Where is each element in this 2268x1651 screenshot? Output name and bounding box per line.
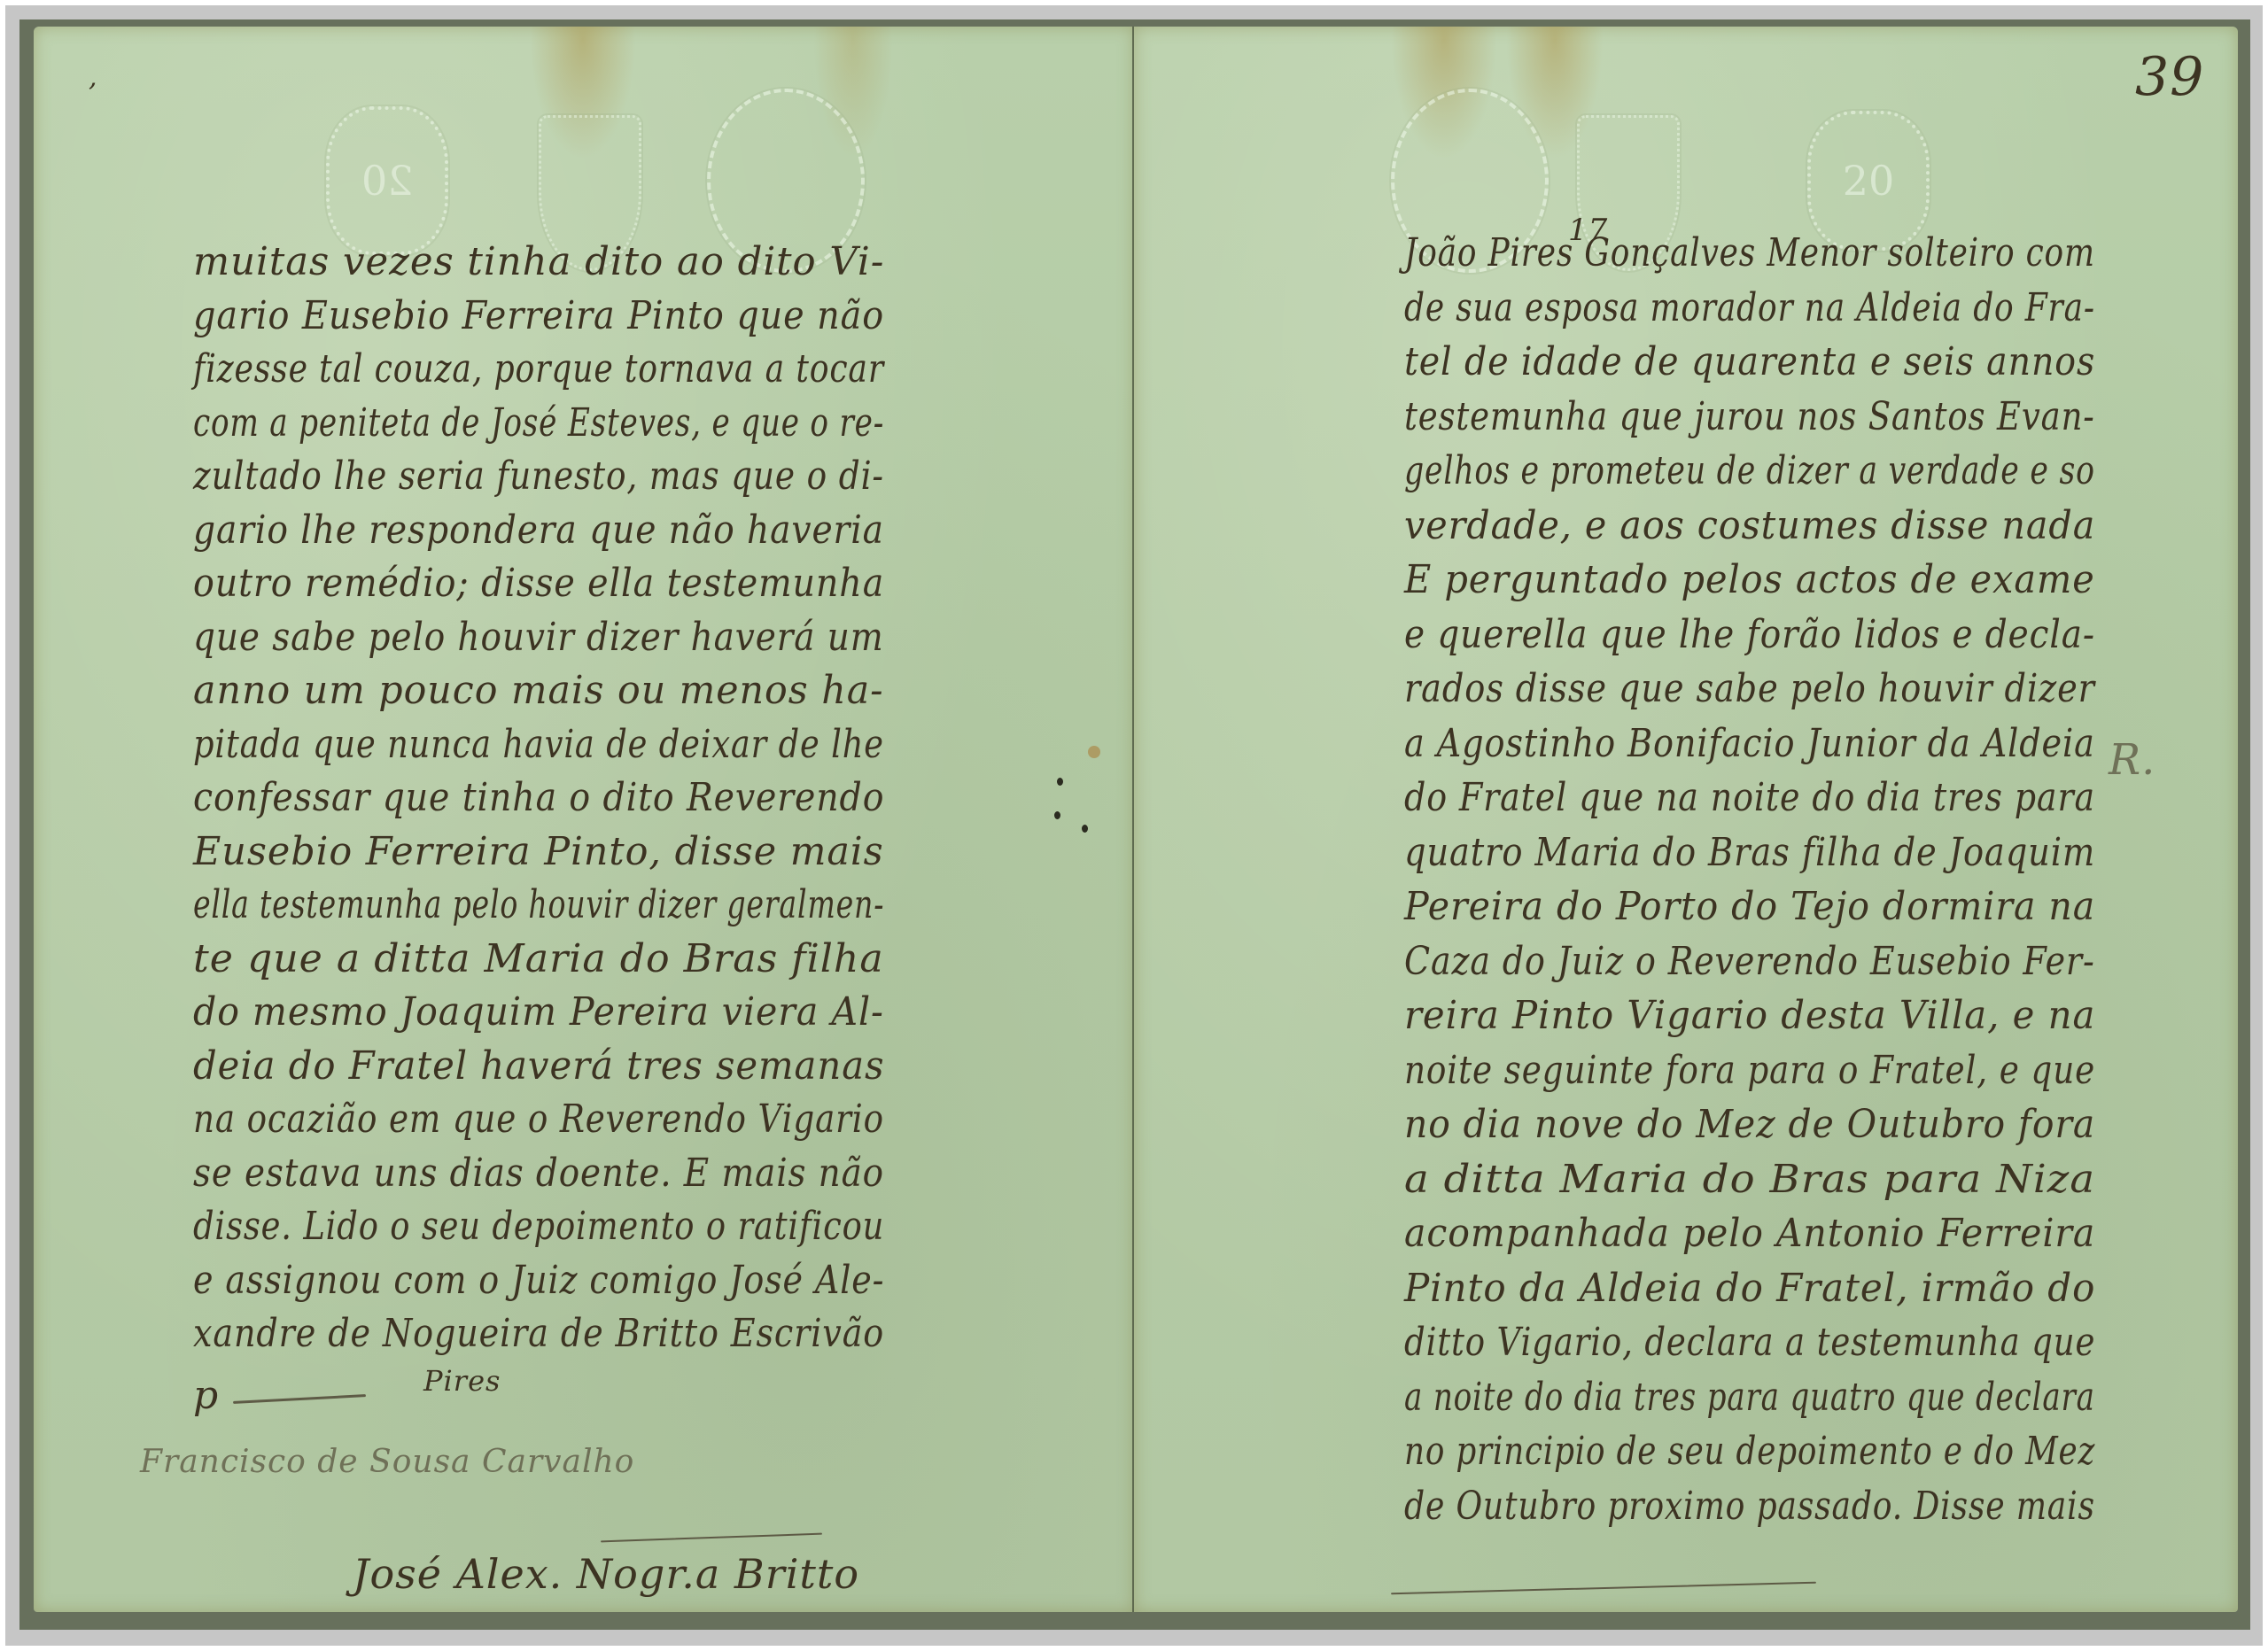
signature-mark-pires: Pires — [423, 1364, 501, 1398]
handwritten-line: do mesmo Joaquim Pereira viera Al- — [193, 989, 884, 1035]
margin-note: R. — [2109, 735, 2155, 785]
handwritten-line: disse. Lido o seu depoimento o ratificou — [193, 1204, 884, 1249]
scribe-signature: José Alex. Nogr.a Britto — [353, 1550, 859, 1598]
handwritten-line: tel de idade de quarenta e seis annos — [1404, 339, 2095, 384]
handwritten-line: gario lhe respondera que não haveria — [193, 508, 884, 553]
handwritten-line: zultado lhe seria funesto, mas que o di- — [193, 453, 884, 499]
handwritten-line: xandre de Nogueira de Britto Escrivão — [193, 1311, 884, 1356]
binding-hole — [1082, 825, 1088, 833]
signature-flourish — [233, 1394, 366, 1404]
handwritten-line: ditto Vigario, declara a testemunha que — [1404, 1320, 2095, 1365]
handwritten-line: rados disse que sabe pelo houvir dizer — [1404, 666, 2095, 711]
handwritten-line: verdade, e aos costumes disse nada — [1404, 503, 2095, 548]
handwritten-line: com a peniteta de José Esteves, e que o … — [193, 400, 884, 446]
handwritten-line: de Outubro proximo passado. Disse mais — [1404, 1484, 2095, 1529]
handwritten-line: outro remédio; disse ella testemunha — [193, 561, 884, 606]
binding-hole — [1054, 811, 1060, 819]
handwritten-line: acompanhada pelo Antonio Ferreira — [1404, 1211, 2095, 1256]
signature-prefix: p — [193, 1373, 219, 1418]
handwritten-line: a ditta Maria do Bras para Niza — [1404, 1157, 2095, 1202]
handwritten-line: e querella que lhe forão lidos e decla- — [1404, 612, 2095, 657]
handwritten-line: te que a ditta Maria do Bras filha — [193, 936, 884, 981]
handwritten-line: noite seguinte fora para o Fratel, e que — [1404, 1048, 2095, 1093]
handwritten-line: testemunha que jurou nos Santos Evan- — [1404, 394, 2095, 439]
handwritten-line: na ocazião em que o Reverendo Vigario — [193, 1097, 884, 1142]
handwritten-line: gelhos e prometeu de dizer a verdade e s… — [1404, 448, 2095, 493]
folio-number: 39 — [2135, 46, 2204, 108]
rust-spot — [1088, 746, 1100, 758]
handwritten-line: a noite do dia tres para quatro que decl… — [1404, 1375, 2095, 1420]
manuscript-spread: 20 , muitas vezes tinha dito ao dito Vi-… — [34, 27, 2238, 1612]
handwritten-line: reira Pinto Vigario desta Villa, e na — [1404, 993, 2095, 1038]
handwritten-line: Pereira do Porto do Tejo dormira na — [1404, 884, 2095, 929]
witness-signature: Francisco de Sousa Carvalho — [140, 1444, 634, 1480]
handwritten-line: pitada que nunca havia de deixar de lhe — [193, 722, 884, 767]
closing-line-flourish — [1391, 1582, 1816, 1595]
handwritten-line: confessar que tinha o dito Reverendo — [193, 775, 884, 820]
signature-flourish — [601, 1533, 822, 1543]
handwritten-line: se estava uns dias doente. E mais não — [193, 1151, 884, 1196]
handwritten-line: anno um pouco mais ou menos ha- — [193, 668, 884, 713]
left-page: 20 , muitas vezes tinha dito ao dito Vi-… — [34, 27, 1134, 1612]
handwritten-line: Pinto da Aldeia do Fratel, irmão do — [1404, 1266, 2095, 1311]
handwritten-line: deia do Fratel haverá tres semanas — [193, 1043, 884, 1089]
handwritten-line: fizesse tal couza, porque tornava a toca… — [193, 346, 884, 391]
handwritten-line: e assignou com o Juiz comigo José Ale- — [193, 1258, 884, 1303]
handwritten-line: ella testemunha pelo houvir dizer geralm… — [193, 882, 884, 927]
handwritten-line: gario Eusebio Ferreira Pinto que não — [193, 293, 884, 338]
handwritten-line: Eusebio Ferreira Pinto, disse mais — [193, 829, 884, 874]
handwritten-line: no dia nove do Mez de Outubro fora — [1404, 1102, 2095, 1147]
handwritten-line: Caza do Juiz o Reverendo Eusebio Fer- — [1404, 939, 2095, 984]
embossed-tax-stamp: 20 — [326, 106, 448, 255]
ink-mark: , — [89, 62, 98, 93]
handwritten-line: E perguntado pelos actos de exame — [1404, 557, 2095, 602]
binding-hole — [1057, 778, 1063, 786]
handwritten-line: no principio de seu depoimento e do Mez — [1404, 1429, 2095, 1474]
handwritten-line: do Fratel que na noite do dia tres para — [1404, 775, 2095, 820]
handwritten-line: que sabe pelo houvir dizer haverá um — [193, 615, 884, 660]
handwritten-line: de sua esposa morador na Aldeia do Fra- — [1404, 285, 2095, 330]
handwritten-line: João Pires Gonçalves Menor solteiro com — [1404, 230, 2095, 275]
handwritten-line: muitas vezes tinha dito ao dito Vi- — [193, 239, 884, 284]
handwritten-line: a Agostinho Bonifacio Junior da Aldeia — [1404, 721, 2095, 766]
handwritten-line: quatro Maria do Bras filha de Joaquim — [1404, 830, 2095, 875]
right-page: 20 39 17 R. João Pires Gonçalves Menor s… — [1134, 27, 2238, 1612]
